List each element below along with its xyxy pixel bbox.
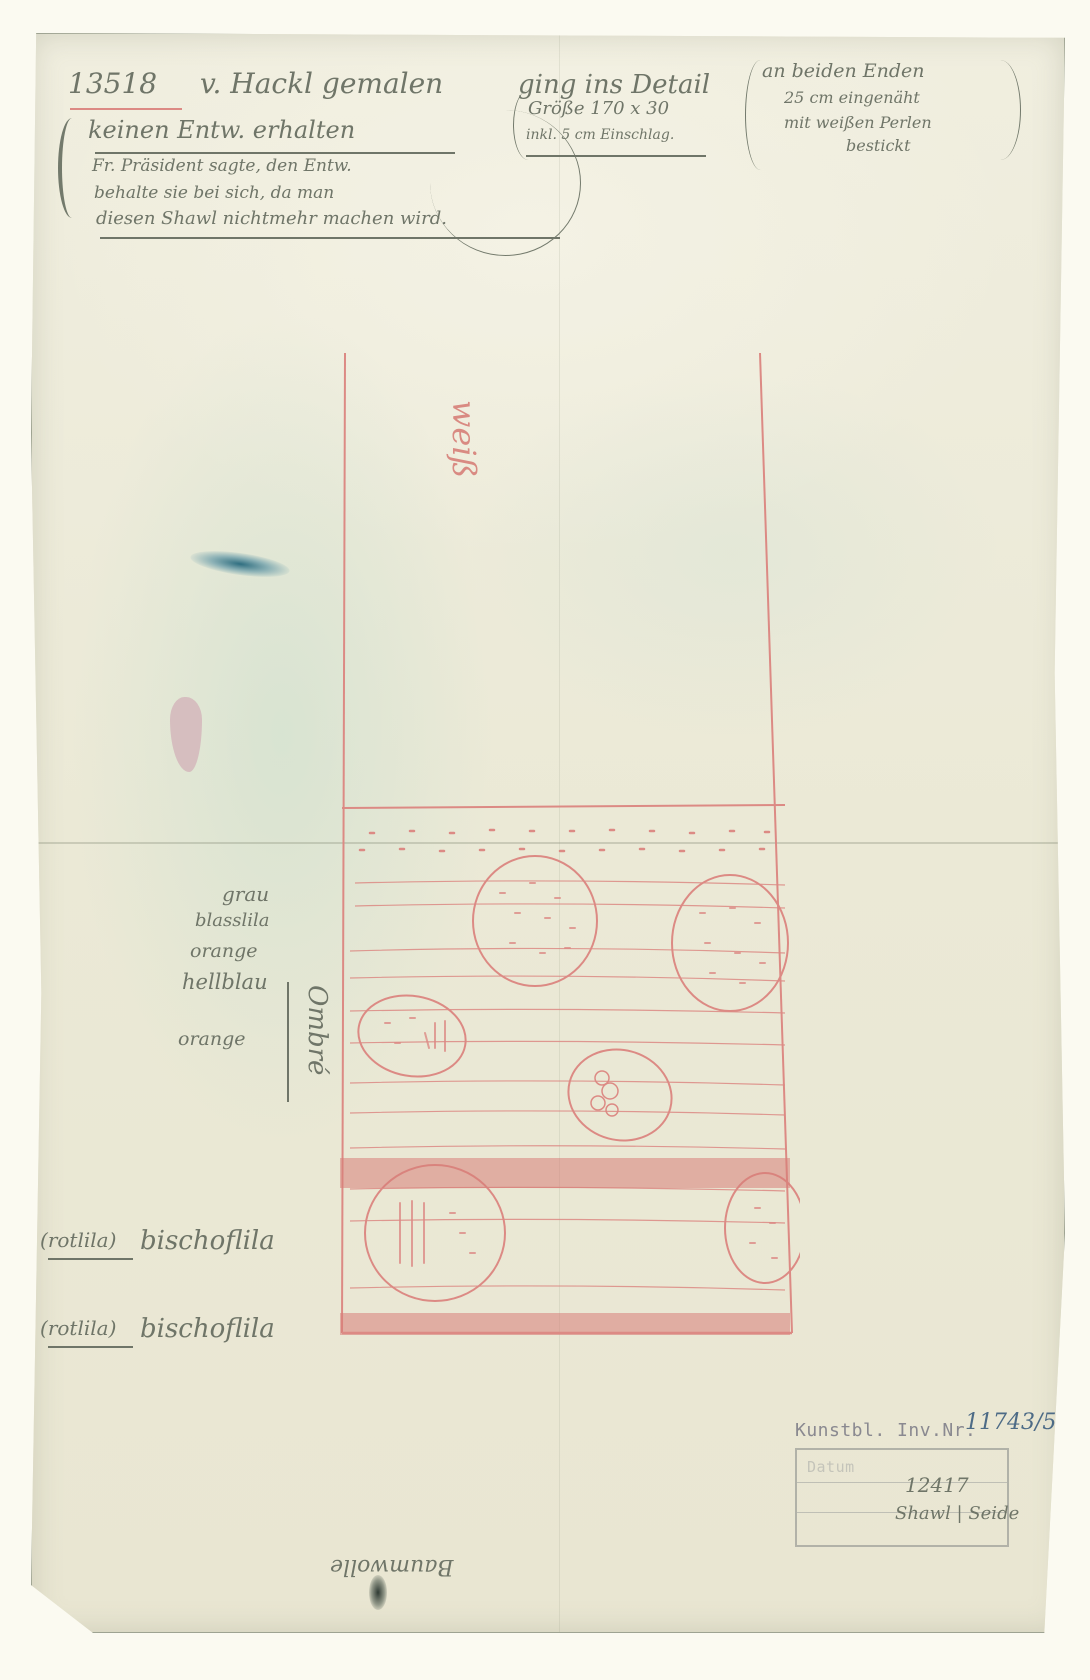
registration-stamp-box: Datum [795, 1448, 1009, 1547]
catalog-number: 13518 [68, 70, 157, 98]
bracket-word-1: rotlila [48, 1228, 109, 1252]
inverted-bottom-note: Baumwolle [330, 1555, 453, 1577]
bracket-word-2: rotlila [48, 1316, 109, 1340]
color-note-4: hellblau [182, 972, 268, 993]
size-note-line-2: inkl. 5 cm Einschlag. [526, 128, 674, 142]
inventory-number: 11743/5 [965, 1412, 1056, 1434]
ends-note-line-2: 25 cm eingenäht [784, 90, 920, 106]
president-note-line-3: diesen Shawl nichtmehr machen wird. [96, 210, 447, 228]
note-bracket-1: (rotlila) [40, 1230, 116, 1250]
stamp-row-divider-1 [797, 1482, 1007, 1483]
no-design-received-note: keinen Entw. erhalten [88, 118, 355, 142]
stamp-date-field: Datum [807, 1458, 855, 1476]
president-note-line-2: behalte sie bei sich, da man [94, 185, 334, 202]
no-design-underline [95, 152, 455, 154]
dark-ink-blot [369, 1575, 387, 1610]
ends-note-line-3: mit weißen Perlen [784, 115, 932, 131]
detail-note: ging ins Detail [518, 72, 710, 98]
size-underline [526, 155, 706, 157]
registry-category: Shawl | Seide [895, 1505, 1019, 1523]
shawl-sketch [340, 353, 800, 1343]
ends-bracket-left [745, 60, 776, 170]
ends-note-line-1: an beiden Enden [762, 62, 925, 81]
note-bracket-2: (rotlila) [40, 1318, 116, 1338]
ombre-label: Ombré [304, 985, 330, 1075]
note-underline-1 [48, 1258, 133, 1260]
color-note-2: blasslila [195, 912, 270, 930]
color-note-3: orange [190, 942, 258, 961]
left-bracket [58, 118, 86, 218]
president-note-line-1: Fr. Präsident sagte, den Entw. [92, 158, 352, 175]
number-red-underline [70, 108, 182, 110]
ends-bracket-right [980, 60, 1021, 160]
color-note-5: orange [178, 1030, 246, 1049]
note-underline-2 [48, 1346, 133, 1348]
painted-by-note: v. Hackl gemalen [200, 70, 443, 98]
color-note-1: grau [222, 884, 269, 904]
sketch-body-label: weiß [448, 400, 480, 478]
ends-note-line-4: bestickt [846, 138, 911, 154]
inventory-stamp-label: Kunstbl. Inv.Nr. [795, 1420, 976, 1441]
size-note-line-1: Größe 170 x 30 [528, 100, 669, 118]
color-group-line [287, 982, 289, 1102]
note-text-2: bischoflila [140, 1316, 275, 1342]
registry-number: 12417 [905, 1475, 969, 1495]
note-text-1: bischoflila [140, 1228, 275, 1254]
